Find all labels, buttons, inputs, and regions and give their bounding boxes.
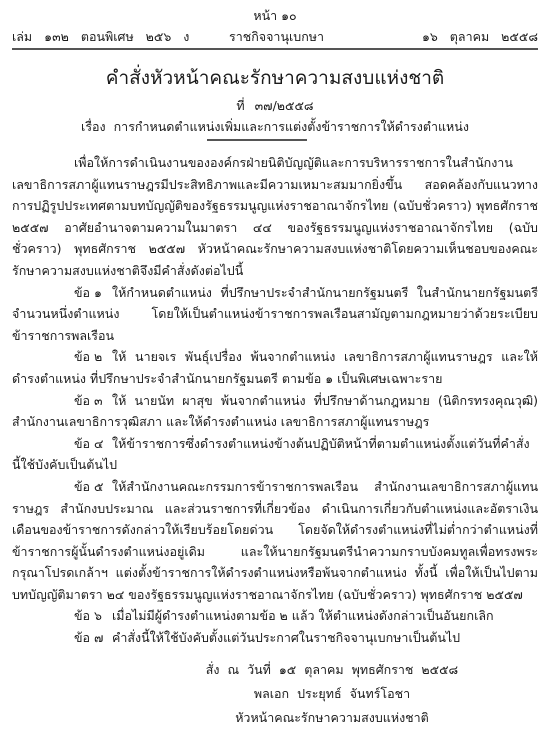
clause-label: ข้อ ๕ [74,476,112,498]
gazette-header-row: เล่ม ๑๓๒ ตอนพิเศษ ๒๕๖ ง ราชกิจจานุเบกษา … [12,27,538,45]
order-number: ที่ ๓๗/๒๕๕๘ [0,96,550,116]
document-title: คำสั่งหัวหน้าคณะรักษาความสงบแห่งชาติ [0,63,550,93]
clause-text: คำสั่งนี้ให้ใช้บังคับตั้งแต่วันประกาศในร… [112,630,460,645]
clause-3: ข้อ ๓ให้ นายนัท ผาสุข พ้นจากตำแหน่ง ที่ป… [12,390,538,433]
clause-label: ข้อ ๑ [74,282,112,304]
signature-date: สั่ง ณ วันที่ ๑๕ ตุลาคม พุทธศักราช ๒๕๕๘ [57,660,550,680]
clause-label: ข้อ ๔ [74,433,112,455]
gazette-name: ราชกิจจานุเบกษา [229,27,324,47]
clause-text: ให้สำนักงานคณะกรรมการข้าราชการพลเรือน สำ… [12,479,538,602]
clause-label: ข้อ ๒ [74,346,112,368]
document-subject: เรื่อง การกำหนดตำแหน่งเพิ่มและการแต่งตั้… [0,117,550,137]
clause-2: ข้อ ๒ให้ นายจเร พันธุ์เปรื่อง พ้นจากตำแห… [12,346,538,389]
signatory-position: หัวหน้าคณะรักษาความสงบแห่งชาติ [57,708,550,728]
clause-1: ข้อ ๑ให้กำหนดตำแหน่ง ที่ปรึกษาประจำสำนัก… [12,282,538,347]
clause-text: เมื่อไม่มีผู้ดำรงตำแหน่งตามข้อ ๒ แล้ว ให… [112,608,494,623]
title-divider [207,139,307,141]
publication-date: ๑๖ ตุลาคม ๒๕๕๘ [422,27,538,47]
volume-info: เล่ม ๑๓๒ ตอนพิเศษ ๒๕๖ ง [12,27,189,47]
clause-7: ข้อ ๗คำสั่งนี้ให้ใช้บังคับตั้งแต่วันประก… [12,627,538,649]
clause-label: ข้อ ๖ [74,605,112,627]
document-body: เพื่อให้การดำเนินงานขององค์กรฝ่ายนิติบัญ… [12,152,538,649]
clause-6: ข้อ ๖เมื่อไม่มีผู้ดำรงตำแหน่งตามข้อ ๒ แล… [12,605,538,627]
preamble: เพื่อให้การดำเนินงานขององค์กรฝ่ายนิติบัญ… [12,152,538,282]
clause-label: ข้อ ๗ [74,627,112,649]
gazette-page: หน้า ๑๐ เล่ม ๑๓๒ ตอนพิเศษ ๒๕๖ ง ราชกิจจา… [0,0,550,739]
clause-4: ข้อ ๔ให้ข้าราชการซึ่งดำรงตำแหน่งข้างต้นป… [12,433,538,476]
header-divider [12,48,538,50]
clause-5: ข้อ ๕ให้สำนักงานคณะกรรมการข้าราชการพลเรื… [12,476,538,606]
page-number: หน้า ๑๐ [0,6,550,26]
clause-label: ข้อ ๓ [74,390,112,412]
signatory-name: พลเอก ประยุทธ์ จันทร์โอชา [57,684,550,704]
